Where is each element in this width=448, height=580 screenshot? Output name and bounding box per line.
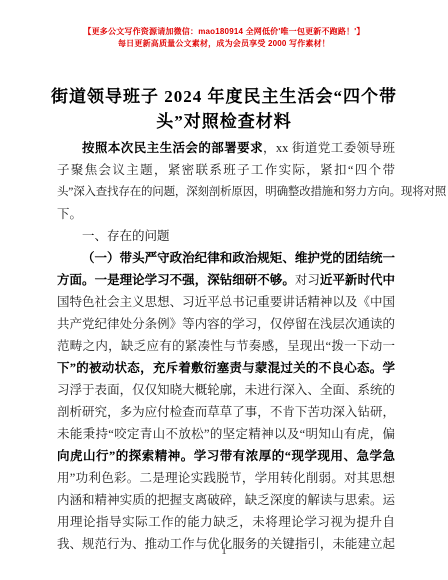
text-run: 向虎山行”的探索精神。学习带有浓厚的“现学现用、急学急 xyxy=(57,449,395,463)
body-line: 向虎山行”的探索精神。学习带有浓厚的“现学现用、急学急 xyxy=(57,445,395,467)
text-run: 未能秉持“咬定青山不放松”的坚定精神以及“明知山有虎，偏 xyxy=(57,427,395,441)
page-number: 1 xyxy=(0,545,448,557)
body-line: 下”的被动状态，充斥着敷衍塞责与蒙混过关的不良心态。学 xyxy=(57,357,395,379)
body-line: 国特色社会主义思想、习近平总书记重要讲话精神以及《中国 xyxy=(57,291,395,313)
body-line: 用”功利色彩。二是理论实践脱节，学用转化削弱。对其思想 xyxy=(57,467,395,489)
section-heading: 一、存在的问题 xyxy=(57,225,395,247)
promo-notice-line-2: 每日更新高质量公文素材，成为会员享受 2000 写作素材！ xyxy=(0,38,448,50)
text-run: 子聚焦会议主题，紧密联系班子工作实际，紧扣“四个带 xyxy=(57,163,395,177)
text-run: 习浮于表面，仅仅知晓大概轮廓，未进行深入、全面、系统的 xyxy=(57,383,395,397)
promo-notice: 【更多公文写作资源请加微信：mao180914 全网低价'唯一包更新不跑路！'】… xyxy=(0,0,448,49)
text-run: 下”的被动状态，充斥着敷衍塞责与蒙混过关的不良心态。学 xyxy=(57,361,395,375)
text-run: 对习 xyxy=(295,273,320,287)
intro-line-1: 按照本次民主生活会的部署要求，xx 街道党工委领导班 xyxy=(57,137,395,159)
text-run: 用理论指导实际工作的能力缺乏，未将理论学习视为提升自 xyxy=(57,515,395,529)
body-line: 剖析研究，多为应付检查而草草了事，不肯下苦功深入钻研， xyxy=(57,401,395,423)
intro-line-4: 下。 xyxy=(57,203,395,225)
text-run: 下。 xyxy=(57,207,82,221)
body-line: 共产党纪律处分条例》等内容的学习，仅停留在浅层次通读的 xyxy=(57,313,395,335)
body-line: 未能秉持“咬定青山不放松”的坚定精神以及“明知山有虎，偏 xyxy=(57,423,395,445)
intro-line-3-overflow: 头”深入查找存在的问题，深刻剖析原因，明确整改措施和努力方向。现将对照 xyxy=(57,181,395,203)
text-run: 头”深入查找存在的问题，深刻剖析原因，明确整改措施和努力方向。现将对照 xyxy=(57,186,446,198)
text-run: 一是理论学习不强，深钻细研不够。 xyxy=(95,273,295,287)
text-run: 一、存在的问题 xyxy=(82,229,170,243)
document-body: 按照本次民主生活会的部署要求，xx 街道党工委领导班子聚焦会议主题，紧密联系班子… xyxy=(57,137,395,555)
text-run: 共产党纪律处分条例》等内容的学习，仅停留在浅层次通读的 xyxy=(57,317,395,331)
body-line: 内涵和精神实质的把握支离破碎，缺乏深度的解读与思索。运 xyxy=(57,489,395,511)
text-run: 范畴之内，缺乏应有的紧凑性与节奏感，呈现出“拨一下动一 xyxy=(57,339,395,353)
intro-line-2: 子聚焦会议主题，紧密联系班子工作实际，紧扣“四个带 xyxy=(57,159,395,181)
body-line: 范畴之内，缺乏应有的紧凑性与节奏感，呈现出“拨一下动一 xyxy=(57,335,395,357)
document-title: 街道领导班子 2024 年度民主生活会“四个带 头”对照检查材料 xyxy=(28,84,420,134)
text-run: （一）带头严守政治纪律和政治规矩、维护党的团结统一 xyxy=(82,251,395,265)
body-line: 用理论指导实际工作的能力缺乏，未将理论学习视为提升自 xyxy=(57,511,395,533)
sub-heading-line-1: （一）带头严守政治纪律和政治规矩、维护党的团结统一 xyxy=(57,247,395,269)
text-run: 方面。 xyxy=(57,273,95,287)
body-line: 习浮于表面，仅仅知晓大概轮廓，未进行深入、全面、系统的 xyxy=(57,379,395,401)
body-line: 方面。一是理论学习不强，深钻细研不够。对习近平新时代中 xyxy=(57,269,395,291)
text-run: 用”功利色彩。二是理论实践脱节，学用转化削弱。对其思想 xyxy=(57,471,395,485)
text-run: 剖析研究，多为应付检查而草草了事，不肯下苦功深入钻研， xyxy=(57,405,395,419)
text-run: 近平新时代中 xyxy=(320,273,395,287)
text-run: ，xx 街道党工委领导班 xyxy=(263,141,395,155)
document-title-line-2: 头”对照检查材料 xyxy=(28,109,420,134)
text-run: 内涵和精神实质的把握支离破碎，缺乏深度的解读与思索。运 xyxy=(57,493,395,507)
promo-notice-line-1: 【更多公文写作资源请加微信：mao180914 全网低价'唯一包更新不跑路！'】 xyxy=(0,26,448,38)
text-run: 按照本次民主生活会的部署要求 xyxy=(82,141,263,155)
text-run: 国特色社会主义思想、习近平总书记重要讲话精神以及《中国 xyxy=(57,295,395,309)
document-page: 【更多公文写作资源请加微信：mao180914 全网低价'唯一包更新不跑路！'】… xyxy=(0,0,448,580)
document-title-line-1: 街道领导班子 2024 年度民主生活会“四个带 xyxy=(28,84,420,109)
